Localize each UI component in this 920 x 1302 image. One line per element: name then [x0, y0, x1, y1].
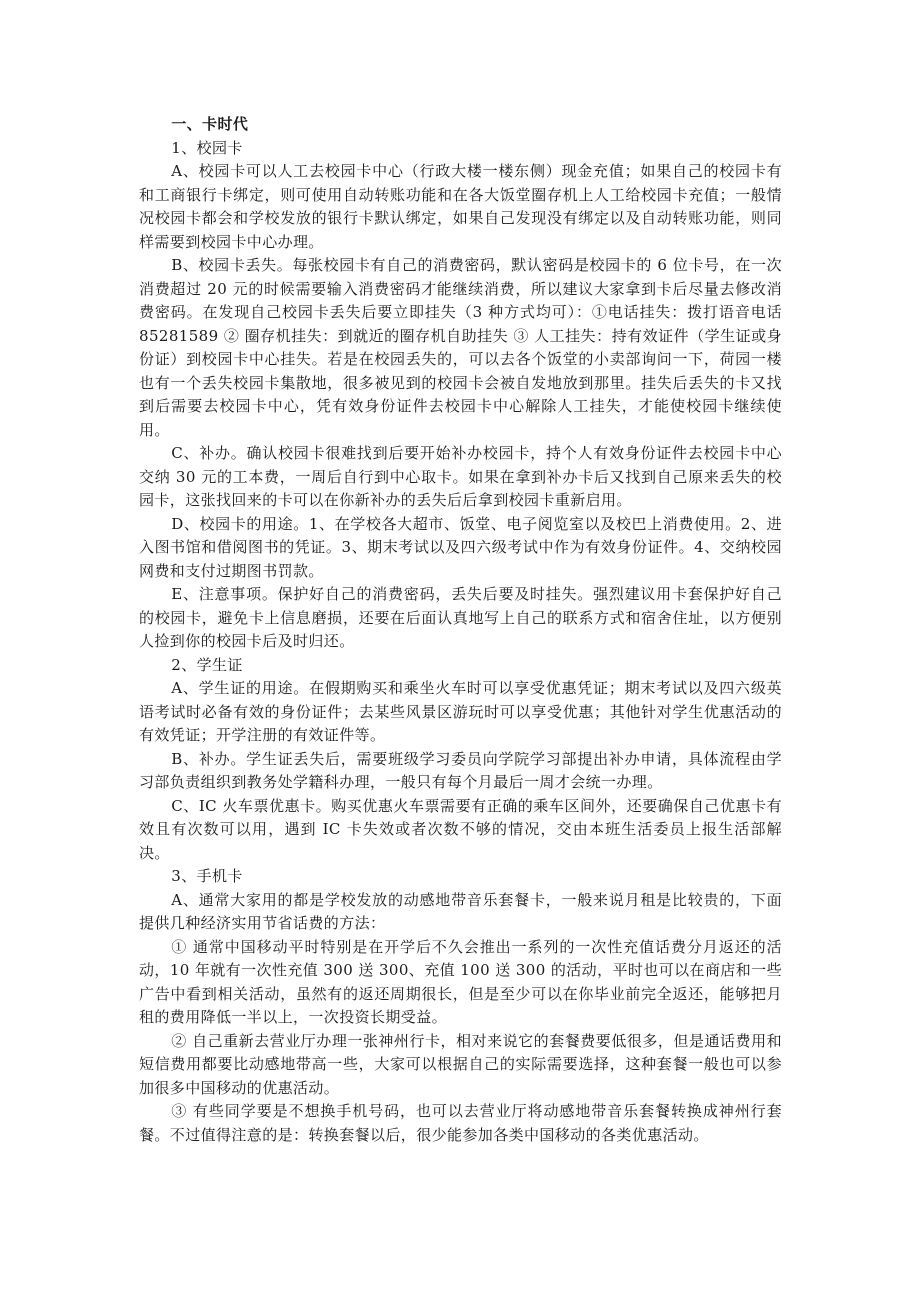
paragraph: A、校园卡可以人工去校园卡中心（行政大楼一楼东侧）现金充值；如果自己的校园卡有和…	[139, 160, 782, 254]
section-heading: 1、校园卡	[139, 137, 782, 161]
section-campus-card: 1、校园卡 A、校园卡可以人工去校园卡中心（行政大楼一楼东侧）现金充值；如果自己…	[139, 137, 782, 654]
paragraph: D、校园卡的用途。1、在学校各大超市、饭堂、电子阅览室以及校巴上消费使用。2、进…	[139, 513, 782, 584]
paragraph: A、学生证的用途。在假期购买和乘坐火车时可以享受优惠凭证；期末考试以及四六级英语…	[139, 677, 782, 748]
document-title: 一、卡时代	[139, 113, 782, 137]
section-phone-card: 3、手机卡 A、通常大家用的都是学校发放的动感地带音乐套餐卡，一般来说月租是比较…	[139, 865, 782, 1147]
paragraph: B、校园卡丢失。每张校园卡有自己的消费密码，默认密码是校园卡的 6 位卡号，在一…	[139, 254, 782, 442]
paragraph: E、注意事项。保护好自己的消费密码，丢失后要及时挂失。强烈建议用卡套保护好自己的…	[139, 583, 782, 654]
paragraph: A、通常大家用的都是学校发放的动感地带音乐套餐卡，一般来说月租是比较贵的，下面提…	[139, 889, 782, 936]
paragraph: B、补办。学生证丢失后，需要班级学习委员向学院学习部提出补办申请，具体流程由学习…	[139, 748, 782, 795]
section-heading: 2、学生证	[139, 654, 782, 678]
paragraph: C、IC 火车票优惠卡。购买优惠火车票需要有正确的乘车区间外，还要确保自己优惠卡…	[139, 795, 782, 866]
section-student-id: 2、学生证 A、学生证的用途。在假期购买和乘坐火车时可以享受优惠凭证；期末考试以…	[139, 654, 782, 866]
document-page: 一、卡时代 1、校园卡 A、校园卡可以人工去校园卡中心（行政大楼一楼东侧）现金充…	[139, 113, 782, 1147]
paragraph: C、补办。确认校园卡很难找到后要开始补办校园卡，持个人有效身份证件去校园卡中心交…	[139, 442, 782, 513]
paragraph: ② 自己重新去营业厅办理一张神州行卡，相对来说它的套餐费要低很多，但是通话费用和…	[139, 1030, 782, 1101]
section-heading: 3、手机卡	[139, 865, 782, 889]
paragraph: ① 通常中国移动平时特别是在开学后不久会推出一系列的一次性充值话费分月返还的活动…	[139, 936, 782, 1030]
paragraph: ③ 有些同学要是不想换手机号码，也可以去营业厅将动感地带音乐套餐转换成神州行套餐…	[139, 1100, 782, 1147]
